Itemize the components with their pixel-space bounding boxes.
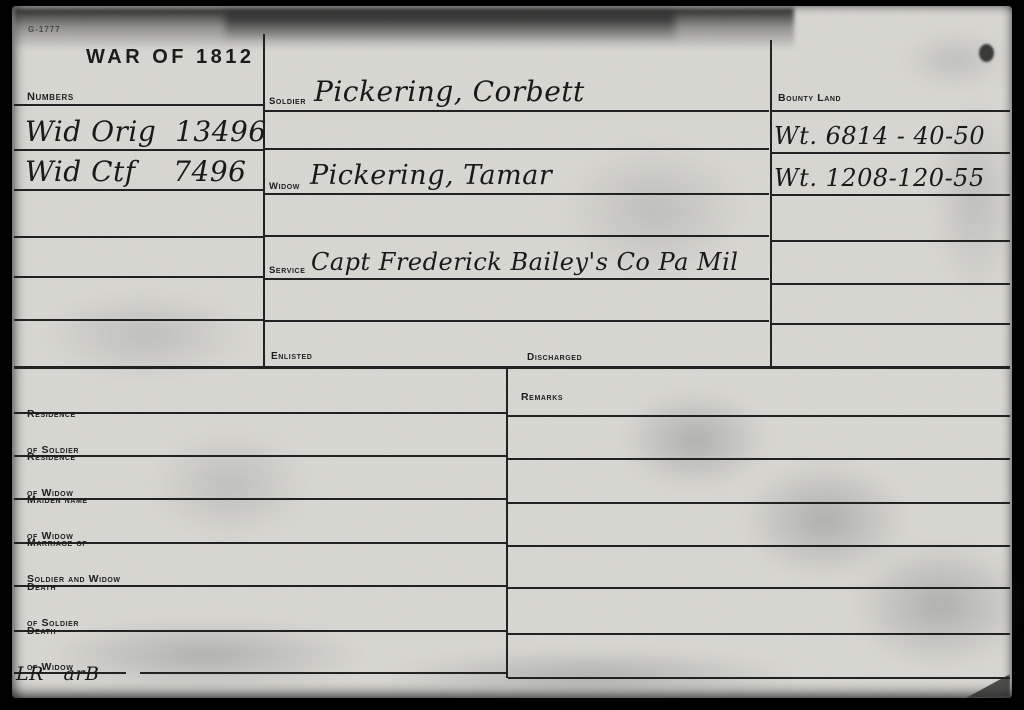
ruled-line [508, 633, 1010, 635]
ruled-line [14, 149, 263, 151]
ruled-line [508, 502, 1010, 504]
ruled-line [14, 630, 506, 632]
ruled-line [508, 545, 1010, 547]
ruled-line [508, 587, 1010, 589]
ruled-line [508, 677, 1010, 679]
ruled-line [771, 152, 1010, 154]
detail-label-line: Residence [27, 408, 79, 420]
ruled-line [14, 189, 263, 191]
service-value: Capt Frederick Bailey's Co Pa Mil [311, 250, 738, 274]
ruled-line [263, 235, 769, 237]
enlisted-label: Enlisted [271, 351, 312, 363]
service-label: Service [269, 265, 305, 277]
bounty-land-entry-2: Wt. 1208-120-55 [774, 166, 985, 190]
ink-blot [979, 44, 994, 62]
detail-label-line: Residence [27, 451, 76, 463]
ruled-line [14, 412, 506, 414]
ruled-line [263, 193, 769, 195]
numbers-entry-wid-ctf: Wid Ctf 7496 [25, 158, 246, 186]
widow-name: Pickering, Tamar [310, 162, 552, 189]
widow-label: Widow [269, 181, 300, 193]
ruled-line [263, 110, 769, 112]
bounty-land-label: Bounty Land [778, 92, 841, 104]
ruled-line [14, 236, 263, 238]
ruled-line [771, 110, 1010, 112]
numbers-label: Numbers [27, 91, 74, 103]
detail-label-line: Death [27, 625, 73, 637]
ruled-line [771, 283, 1010, 285]
column-divider [770, 40, 772, 368]
remarks-label: Remarks [521, 391, 563, 403]
scan-background: { "scan": { "form_code": "G-1777", "titl… [0, 0, 1024, 710]
ruled-line [771, 194, 1010, 196]
column-divider [263, 34, 265, 368]
card-title: WAR OF 1812 [86, 46, 255, 69]
ruled-line [14, 276, 263, 278]
ruled-line [508, 458, 1010, 460]
discharged-label: Discharged [527, 352, 582, 364]
ruled-line [140, 672, 506, 674]
ruled-line [771, 323, 1010, 325]
ruled-line [263, 278, 769, 280]
section-divider-line [14, 366, 1010, 369]
clerk-annotation: LR arB [16, 665, 99, 684]
scan-top-smudge [225, 12, 675, 42]
ruled-line [14, 319, 263, 321]
detail-label-line: Death [27, 581, 79, 593]
ruled-line [508, 415, 1010, 417]
numbers-entry-wid-orig: Wid Orig 13496 [25, 118, 267, 146]
ruled-line [14, 455, 506, 457]
ruled-line [263, 148, 769, 150]
soldier-name: Pickering, Corbett [314, 78, 585, 106]
ruled-line [263, 320, 769, 322]
ruled-line [14, 104, 263, 106]
ruled-line [14, 498, 506, 500]
detail-label-line: Maiden name [27, 494, 88, 506]
form-code: G-1777 [28, 25, 61, 34]
bounty-land-entry-1: Wt. 6814 - 40-50 [774, 124, 985, 148]
soldier-label: Soldier [269, 96, 306, 108]
ruled-line [771, 240, 1010, 242]
detail-label-line: Marriage of [27, 537, 121, 549]
